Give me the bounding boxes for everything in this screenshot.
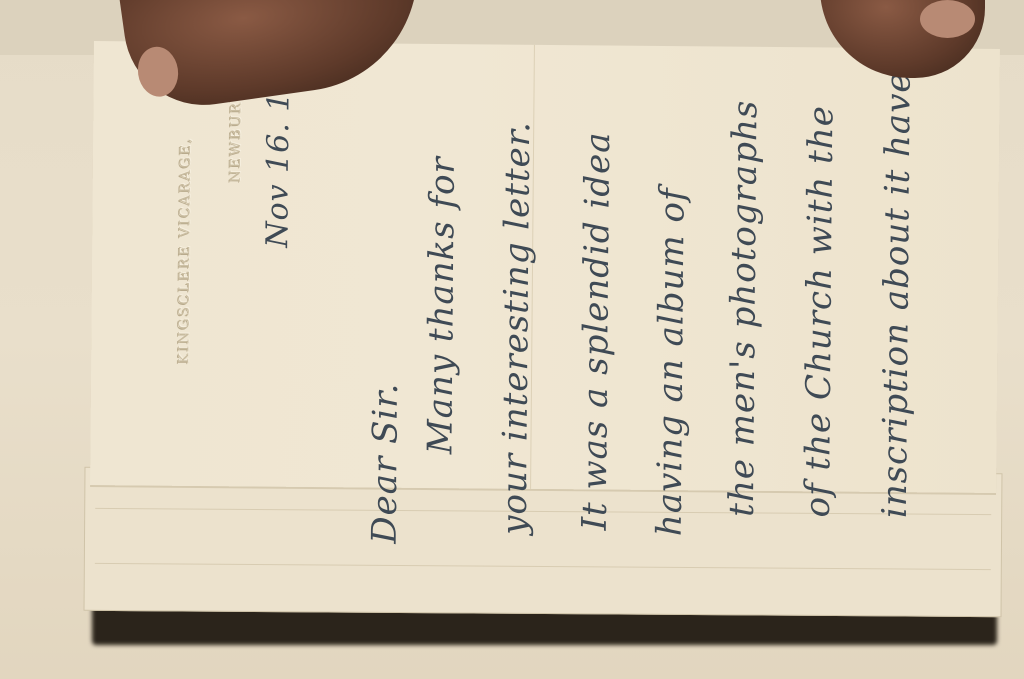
paper-crease (95, 563, 991, 570)
letter-line: your interesting letter. (495, 121, 539, 535)
paper-crease (95, 508, 991, 515)
letter-salutation: Dear Sir. (365, 382, 406, 544)
letter-line: having an album of (650, 187, 693, 536)
letterhead-line2: Newbury (228, 90, 245, 182)
fingernail (920, 0, 975, 38)
letter-line: the men's photographs (722, 100, 766, 517)
letter-line: Many thanks for (420, 156, 463, 454)
letter-line: It was a splendid idea (575, 131, 618, 530)
letter-page: Kingsclere Vicarage, Newbury Nov 16. 192… (90, 41, 1000, 493)
letterhead-line1: Kingsclere Vicarage, (176, 136, 194, 364)
letter-line: inscription about it have (875, 71, 919, 518)
letter-line: of the Church with the (798, 105, 842, 518)
